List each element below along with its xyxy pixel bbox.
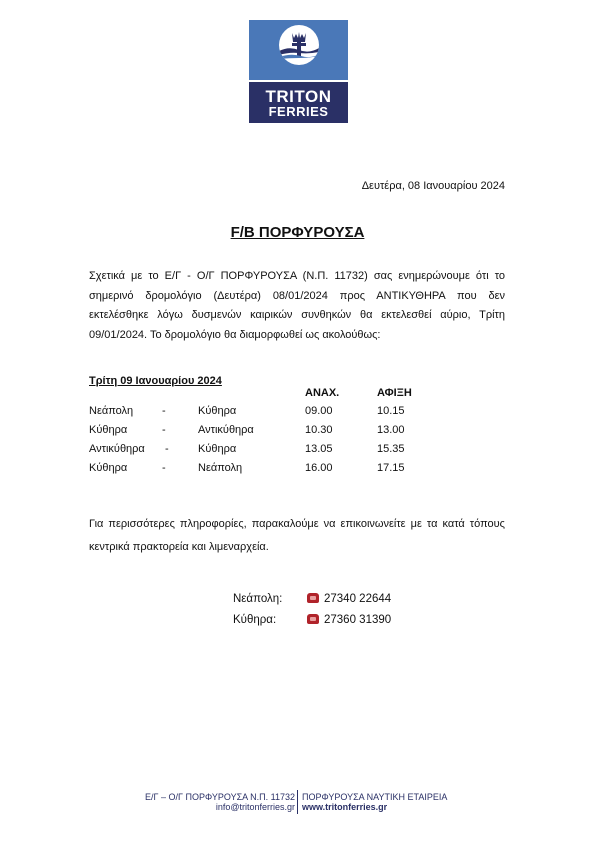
arrival-time: 17.15	[377, 462, 405, 474]
triton-ferries-logo: TRITON FERRIES	[249, 20, 348, 123]
footer-website[interactable]: www.tritonferries.gr	[302, 802, 447, 812]
route-separator: -	[162, 424, 166, 436]
route-from: Νεάπολη	[89, 405, 133, 417]
column-header-departure: ΑΝΑΧ.	[305, 387, 339, 399]
departure-time: 09.00	[305, 405, 333, 417]
column-header-arrival: ΑΦΙΞΗ	[377, 387, 412, 399]
contact-label: Κύθηρα:	[233, 614, 276, 626]
logo-text-line1: TRITON	[249, 88, 348, 105]
route-from: Κύθηρα	[89, 424, 127, 436]
document-date: Δευτέρα, 08 Ιανουαρίου 2024	[362, 180, 505, 192]
footer-right: ΠΟΡΦΥΡΟΥΣΑ ΝΑΥΤΙΚΗ ΕΤΑΙΡΕΙΑ www.tritonfe…	[302, 792, 447, 812]
info-paragraph: Για περισσότερες πληροφορίες, παρακαλούμ…	[89, 513, 505, 559]
route-separator: -	[162, 462, 166, 474]
route-to: Αντικύθηρα	[198, 424, 254, 436]
logo-emblem-panel	[249, 20, 348, 80]
trident-wave-icon	[279, 25, 319, 65]
phone-icon	[307, 614, 319, 624]
route-to: Κύθηρα	[198, 405, 236, 417]
contact-phone[interactable]: 27340 22644	[307, 593, 391, 605]
footer-vessel: Ε/Γ – Ο/Γ ΠΟΡΦΥΡΟΥΣΑ Ν.Π. 11732	[145, 792, 295, 802]
footer-email[interactable]: info@tritonferries.gr	[145, 802, 295, 812]
route-from: Αντικύθηρα	[89, 443, 145, 455]
schedule-heading: Τρίτη 09 Ιανουαρίου 2024	[89, 375, 222, 387]
footer-company: ΠΟΡΦΥΡΟΥΣΑ ΝΑΥΤΙΚΗ ΕΤΑΙΡΕΙΑ	[302, 792, 447, 802]
phone-number[interactable]: 27340 22644	[324, 593, 391, 605]
table-row: Κύθηρα - Νεάπολη 16.00 17.15	[0, 462, 595, 480]
route-to: Κύθηρα	[198, 443, 236, 455]
phone-number[interactable]: 27360 31390	[324, 614, 391, 626]
phone-icon	[307, 593, 319, 603]
arrival-time: 10.15	[377, 405, 405, 417]
logo-wordmark-panel: TRITON FERRIES	[249, 80, 348, 123]
footer-divider	[297, 790, 298, 814]
logo-text-line2: FERRIES	[249, 105, 348, 119]
table-row: Κύθηρα - Αντικύθηρα 10.30 13.00	[0, 424, 595, 442]
contact-label: Νεάπολη:	[233, 593, 282, 605]
departure-time: 10.30	[305, 424, 333, 436]
table-row: Νεάπολη - Κύθηρα 09.00 10.15	[0, 405, 595, 423]
footer-left: Ε/Γ – Ο/Γ ΠΟΡΦΥΡΟΥΣΑ Ν.Π. 11732 info@tri…	[145, 792, 295, 812]
table-row: Αντικύθηρα - Κύθηρα 13.05 15.35	[0, 443, 595, 461]
route-separator: -	[165, 443, 169, 455]
arrival-time: 13.00	[377, 424, 405, 436]
departure-time: 16.00	[305, 462, 333, 474]
contact-phone[interactable]: 27360 31390	[307, 614, 391, 626]
arrival-time: 15.35	[377, 443, 405, 455]
route-separator: -	[162, 405, 166, 417]
route-from: Κύθηρα	[89, 462, 127, 474]
departure-time: 13.05	[305, 443, 333, 455]
route-to: Νεάπολη	[198, 462, 242, 474]
intro-paragraph: Σχετικά με το Ε/Γ - Ο/Γ ΠΟΡΦΥΡΟΥΣΑ (Ν.Π.…	[89, 267, 505, 345]
page-title: F/B ΠΟΡΦΥΡΟΥΣΑ	[0, 224, 595, 241]
